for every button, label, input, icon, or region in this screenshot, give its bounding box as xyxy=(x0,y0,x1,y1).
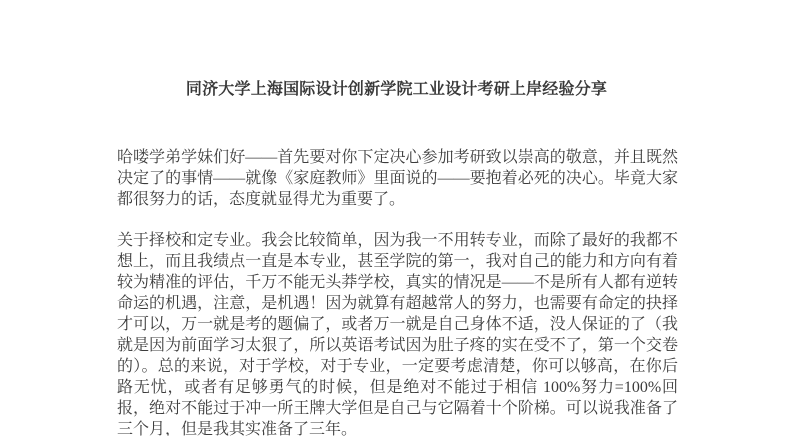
paragraph-school-choice: 关于择校和定专业。我会比较简单，因为我一不用转专业，而除了最好的我都不想上，而且… xyxy=(117,230,678,436)
document-title: 同济大学上海国际设计创新学院工业设计考研上岸经验分享 xyxy=(0,0,793,100)
document-body: 哈喽学弟学妹们好——首先要对你下定决心参加考研致以崇高的敬意，并且既然决定了的事… xyxy=(117,147,678,436)
document-page: 同济大学上海国际设计创新学院工业设计考研上岸经验分享 哈喽学弟学妹们好——首先要… xyxy=(0,0,793,436)
paragraph-intro: 哈喽学弟学妹们好——首先要对你下定决心参加考研致以崇高的敬意，并且既然决定了的事… xyxy=(117,147,678,210)
